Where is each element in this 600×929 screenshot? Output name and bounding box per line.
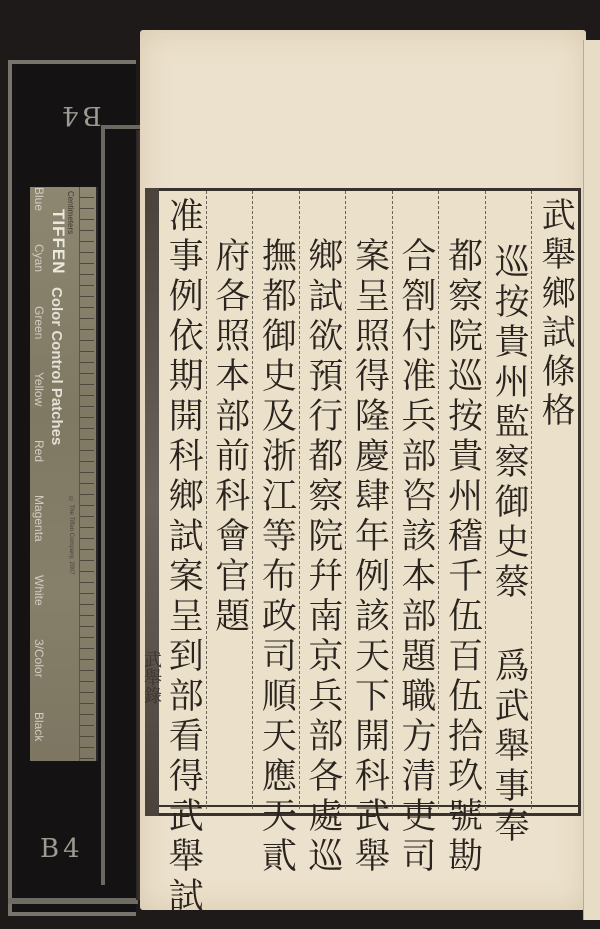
patch-label: Black <box>32 712 46 741</box>
column-text: 撫都御史及浙江等布政司順天應天貳 <box>258 237 293 877</box>
patch-label: Green <box>32 306 46 339</box>
patch-labels: Blue Cyan Green Yellow Red Magenta White… <box>32 187 46 761</box>
patch-label: Red <box>32 440 46 462</box>
text-columns: 武舉鄉試條格 巡按貴州監察御史蔡爲武舉事奉 都察院巡按貴州𥡴千伍百伍拾玖號勘 合… <box>160 191 578 809</box>
patch-label: Magenta <box>32 495 46 542</box>
scan-frame-inner <box>101 125 141 885</box>
patch-label: 3/Color <box>32 639 46 678</box>
ruler-scale <box>79 187 94 761</box>
card-copyright: © The Tiffen Company, 2007 <box>68 497 74 575</box>
column-text-main: 巡按貴州監察御史蔡 <box>489 243 529 603</box>
scan-marker-top: B4 <box>58 100 102 130</box>
column-text: 案呈照得隆慶肆年例該天下開科武舉 <box>351 237 386 877</box>
card-title: Color Control Patches <box>48 287 65 445</box>
scan-frame-bottom-edge <box>8 898 138 904</box>
card-brand: TIFFEN <box>48 209 68 275</box>
text-column: 合劄付准兵部咨該本部題職方清吏司 <box>392 191 439 809</box>
column-text-tail: 爲武舉事奉 <box>489 647 529 847</box>
patch-label: Cyan <box>32 244 46 272</box>
color-control-card: Centimeters TIFFEN Color Control Patches… <box>30 187 98 761</box>
next-page-edge <box>583 40 600 920</box>
patch-label: White <box>32 575 46 606</box>
column-text: 都察院巡按貴州𥡴千伍百伍拾玖號勘 <box>445 237 480 877</box>
column-text: 合劄付准兵部咨該本部題職方清吏司 <box>398 237 433 877</box>
column-text: 府各照本部前科會官題 <box>212 237 247 637</box>
text-column: 准事例依期開科鄉試案呈到部看得武舉試 <box>160 191 206 809</box>
column-text: 巡按貴州監察御史蔡爲武舉事奉 <box>491 243 526 847</box>
block-margin-strip <box>145 188 159 816</box>
text-column: 案呈照得隆慶肆年例該天下開科武舉 <box>345 191 392 809</box>
scan-marker-bottom: B4 <box>40 834 84 864</box>
patch-label: Yellow <box>32 372 46 406</box>
text-column: 武舉鄉試條格 <box>531 191 578 809</box>
text-column: 巡按貴州監察御史蔡爲武舉事奉 <box>485 191 532 809</box>
column-text: 准事例依期開科鄉試案呈到部看得武舉試 <box>165 197 200 917</box>
patch-label: Blue <box>32 187 46 211</box>
column-text: 鄉試欲預行都察院幷南京兵部各處巡 <box>305 237 340 877</box>
column-text: 武舉鄉試條格 <box>538 197 572 431</box>
text-column: 府各照本部前科會官題 <box>206 191 253 809</box>
text-column: 鄉試欲預行都察院幷南京兵部各處巡 <box>299 191 346 809</box>
text-column: 都察院巡按貴州𥡴千伍百伍拾玖號勘 <box>438 191 485 809</box>
text-column: 撫都御史及浙江等布政司順天應天貳 <box>252 191 299 809</box>
